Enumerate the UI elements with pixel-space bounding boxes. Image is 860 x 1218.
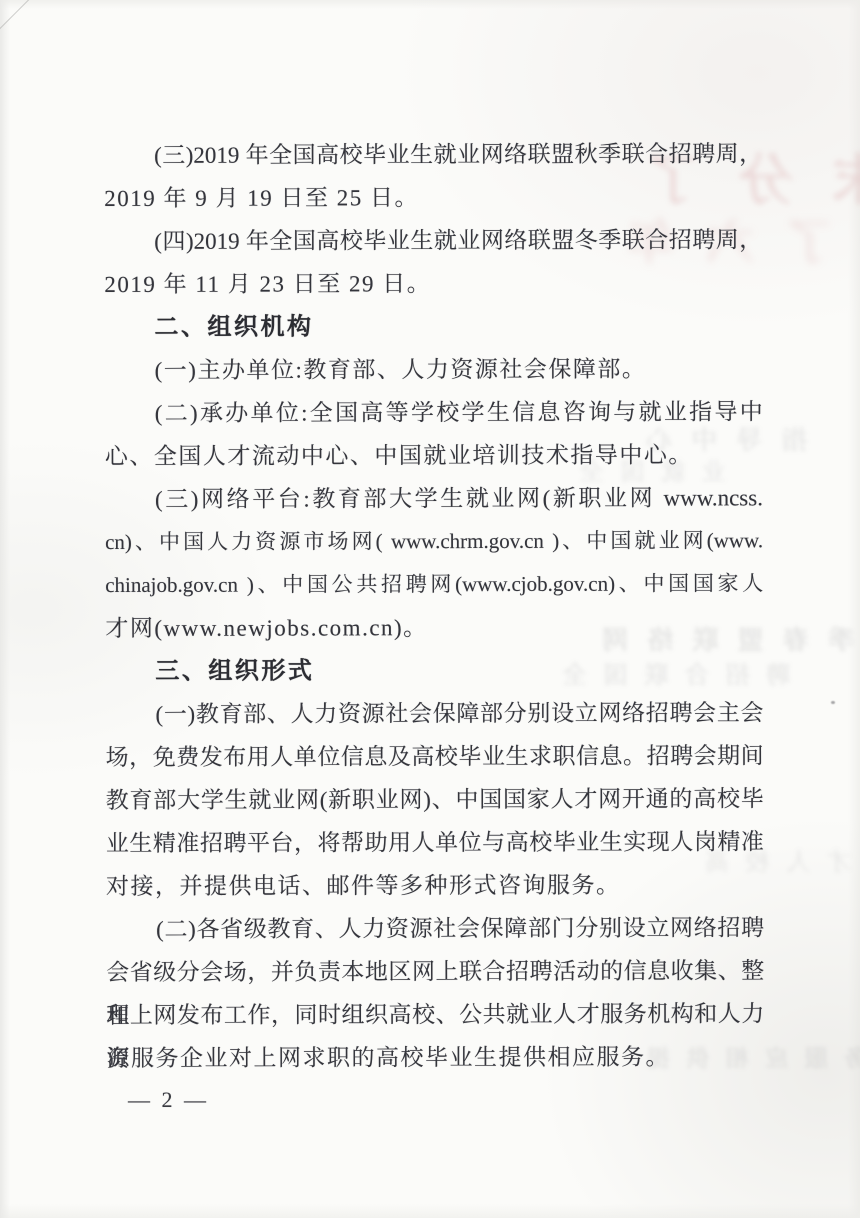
text-line: (二)各省级教育、人力资源社会保障部门分别设立网络招聘 bbox=[106, 906, 764, 951]
text-line: 和上网发布工作，同时组织高校、公共就业人才服务机构和人力资 bbox=[106, 992, 764, 1037]
text-line: 业生精准招聘平台，将帮助用人单位与高校毕业生实现人岗精准 bbox=[106, 820, 764, 865]
section-heading: 二、组织机构 bbox=[104, 304, 762, 349]
text-line: 会省级分会场，并负责本地区网上联合招聘活动的信息收集、整理 bbox=[106, 949, 764, 994]
text-line: (二)承办单位:全国高等学校学生信息咨询与就业指导中 bbox=[105, 390, 763, 435]
text-line: chinajob.gov.cn )、中国公共招聘网(www.cjob.gov.c… bbox=[105, 562, 763, 607]
text-line: 2019 年 11 月 23 日至 29 日。 bbox=[104, 261, 762, 306]
text-line: (三)2019 年全国高校毕业生就业网络联盟秋季联合招聘周， bbox=[104, 132, 762, 177]
text-line: (一)主办单位:教育部、人力资源社会保障部。 bbox=[105, 347, 763, 392]
ink-speck bbox=[831, 701, 835, 704]
document-text-block: (三)2019 年全国高校毕业生就业网络联盟秋季联合招聘周， 2019 年 9 … bbox=[104, 132, 764, 1080]
text-line: 2019 年 9 月 19 日至 25 日。 bbox=[104, 175, 762, 220]
text-line: 心、全国人才流动中心、中国就业培训技术指导中心。 bbox=[105, 433, 763, 478]
text-line: (一)教育部、人力资源社会保障部分别设立网络招聘会主会 bbox=[105, 691, 763, 736]
text-line: cn)、中国人力资源市场网( www.chrm.gov.cn )、中国就业网(w… bbox=[105, 519, 763, 564]
text-line: 场，免费发布用人单位信息及高校毕业生求职信息。招聘会期间 bbox=[106, 734, 764, 779]
corner-crease bbox=[0, 0, 33, 33]
text-line: (四)2019 年全国高校毕业生就业网络联盟冬季联合招聘周， bbox=[104, 218, 762, 263]
text-line: 源服务企业对上网求职的高校毕业生提供相应服务。 bbox=[106, 1035, 764, 1080]
scanned-document-page: 末 分 了 公 了 六 年 指 导 中 心 业 就 国 全 季 春 盟 联 络 … bbox=[0, 0, 860, 1218]
text-line: 对接，并提供电话、邮件等多种形式咨询服务。 bbox=[106, 863, 764, 908]
text-line: (三)网络平台:教育部大学生就业网(新职业网 www.ncss. bbox=[105, 476, 763, 521]
section-heading: 三、组织形式 bbox=[105, 648, 763, 693]
page-number: — 2 — bbox=[128, 1080, 209, 1120]
text-line: 教育部大学生就业网(新职业网)、中国国家人才网开通的高校毕 bbox=[106, 777, 764, 822]
text-line: 才网(www.newjobs.com.cn)。 bbox=[105, 605, 763, 650]
